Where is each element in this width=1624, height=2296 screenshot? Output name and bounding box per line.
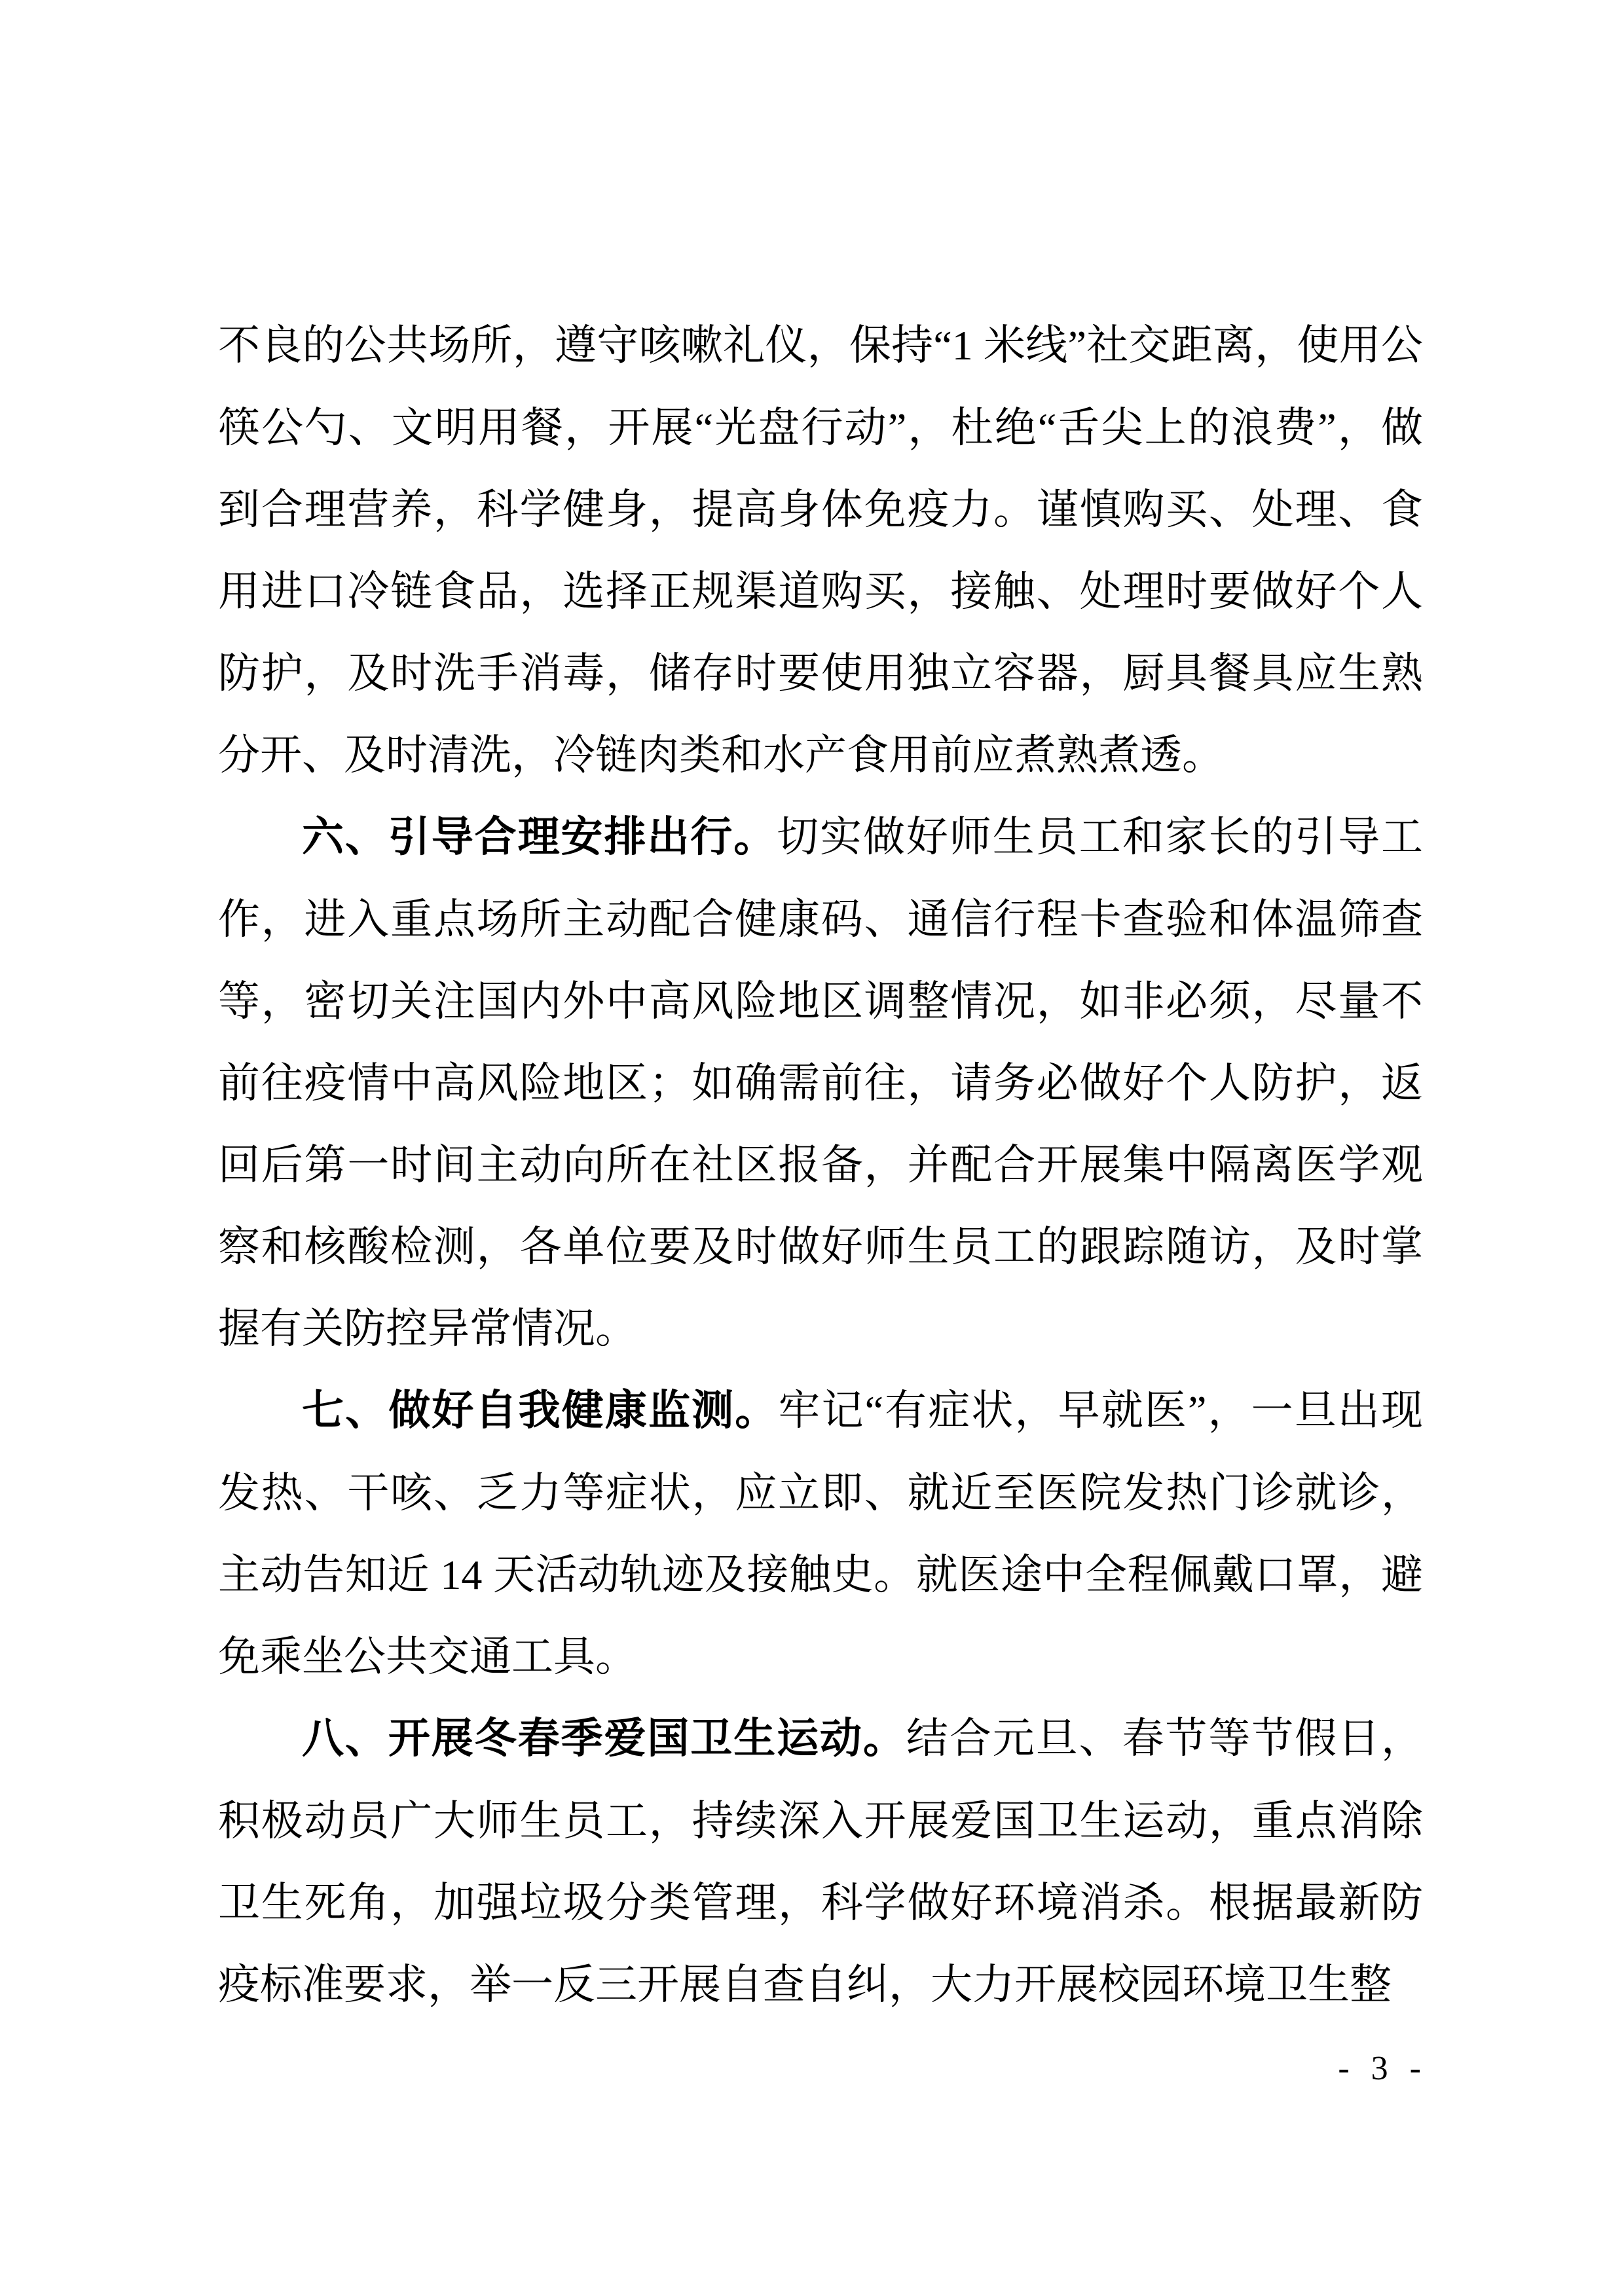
document-body: 不良的公共场所，遵守咳嗽礼仪，保持“1 米线”社交距离，使用公筷公勺、文明用餐，… <box>218 304 1423 2026</box>
paragraph-section-7: 七、做好自我健康监测。牢记“有症状，早就医”，一旦出现发热、干咳、乏力等症状，应… <box>218 1370 1423 1698</box>
document-page: 不良的公共场所，遵守咳嗽礼仪，保持“1 米线”社交距离，使用公筷公勺、文明用餐，… <box>0 0 1624 2296</box>
paragraph-text: 切实做好师生员工和家长的引导工作，进入重点场所主动配合健康码、通信行程卡查验和体… <box>218 814 1423 1352</box>
paragraph-section-8: 八、开展冬春季爱国卫生运动。结合元旦、春节等节假日，积极动员广大师生员工，持续深… <box>218 1698 1423 2026</box>
page-number: - 3 - <box>1338 2049 1428 2088</box>
paragraph-section-6: 六、引导合理安排出行。切实做好师生员工和家长的引导工作，进入重点场所主动配合健康… <box>218 796 1423 1370</box>
section-7-heading: 七、做好自我健康监测。 <box>302 1387 778 1435</box>
section-8-heading: 八、开展冬春季爱国卫生运动。 <box>302 1715 906 1763</box>
paragraph-text: 不良的公共场所，遵守咳嗽礼仪，保持“1 米线”社交距离，使用公筷公勺、文明用餐，… <box>218 322 1423 778</box>
paragraph-continuation: 不良的公共场所，遵守咳嗽礼仪，保持“1 米线”社交距离，使用公筷公勺、文明用餐，… <box>218 304 1423 796</box>
page-footer: - 3 - <box>0 2049 1624 2088</box>
section-6-heading: 六、引导合理安排出行。 <box>302 813 777 862</box>
